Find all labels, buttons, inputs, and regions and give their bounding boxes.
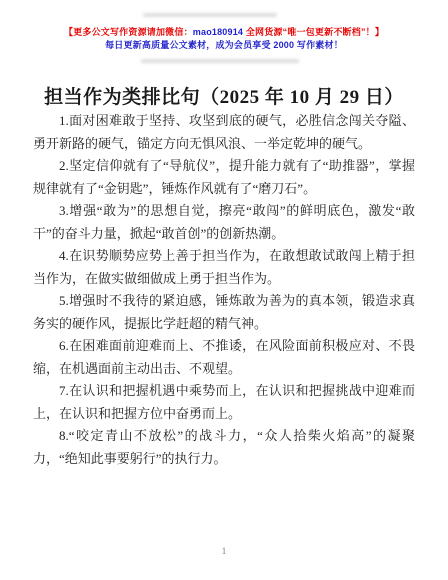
paragraph-6: 6.在困难面前迎难而上、不推诿，在风险面前积极应对、不畏缩，在机遇面前主动出击、… (33, 335, 415, 380)
paragraph-1: 1.面对困难敢于坚持、攻坚到底的硬气，必胜信念闯关夺隘、勇开新路的硬气，锚定方向… (33, 110, 415, 155)
ad-line1-suffix: 全网货源“唯一包更新不断档”！】 (243, 27, 384, 37)
faded-watermark-mid (141, 59, 299, 63)
paragraph-8: 8.“咬定青山不放松”的战斗力，“众人拾柴火焰高”的凝聚力，“绝知此事要躬行”的… (33, 425, 415, 470)
ad-banner-line2: 每日更新高质量公文素材，成为会员享受 2000 写作素材！ (0, 38, 448, 51)
paragraph-7: 7.在认识和把握机遇中乘势而上，在认识和把握挑战中迎难而上，在认识和把握方位中奋… (33, 380, 415, 425)
paragraph-3: 3.增强“敢为”的思想自觉，擦亮“敢闯”的鲜明底色，激发“敢干”的奋斗力量，掀起… (33, 200, 415, 245)
faded-watermark-top (143, 13, 277, 17)
wechat-id: mao180914 (193, 27, 243, 37)
paragraph-4: 4.在识势顺势应势上善于担当作为，在敢想敢试敢闯上精于担当作为，在做实做细做成上… (33, 245, 415, 290)
ad-line1-prefix: 【更多公文写作资源请加微信： (64, 27, 193, 37)
page-number: 1 (0, 546, 448, 556)
paragraph-2: 2.坚定信仰就有了“导航仪”，提升能力就有了“助推器”，掌握规律就有了“金钥匙”… (33, 155, 415, 200)
paragraph-5: 5.增强时不我待的紧迫感，锤炼敢为善为的真本领，锻造求真务实的硬作风，提振比学赶… (33, 290, 415, 335)
document-title: 担当作为类排比句（2025 年 10 月 29 日） (0, 82, 448, 109)
ad-banner-line1: 【更多公文写作资源请加微信：mao180914 全网货源“唯一包更新不断档”！】 (0, 25, 448, 38)
document-body: 1.面对困难敢于坚持、攻坚到底的硬气，必胜信念闯关夺隘、勇开新路的硬气，锚定方向… (33, 110, 415, 470)
document-page: 【更多公文写作资源请加微信：mao180914 全网货源“唯一包更新不断档”！】… (0, 0, 448, 580)
